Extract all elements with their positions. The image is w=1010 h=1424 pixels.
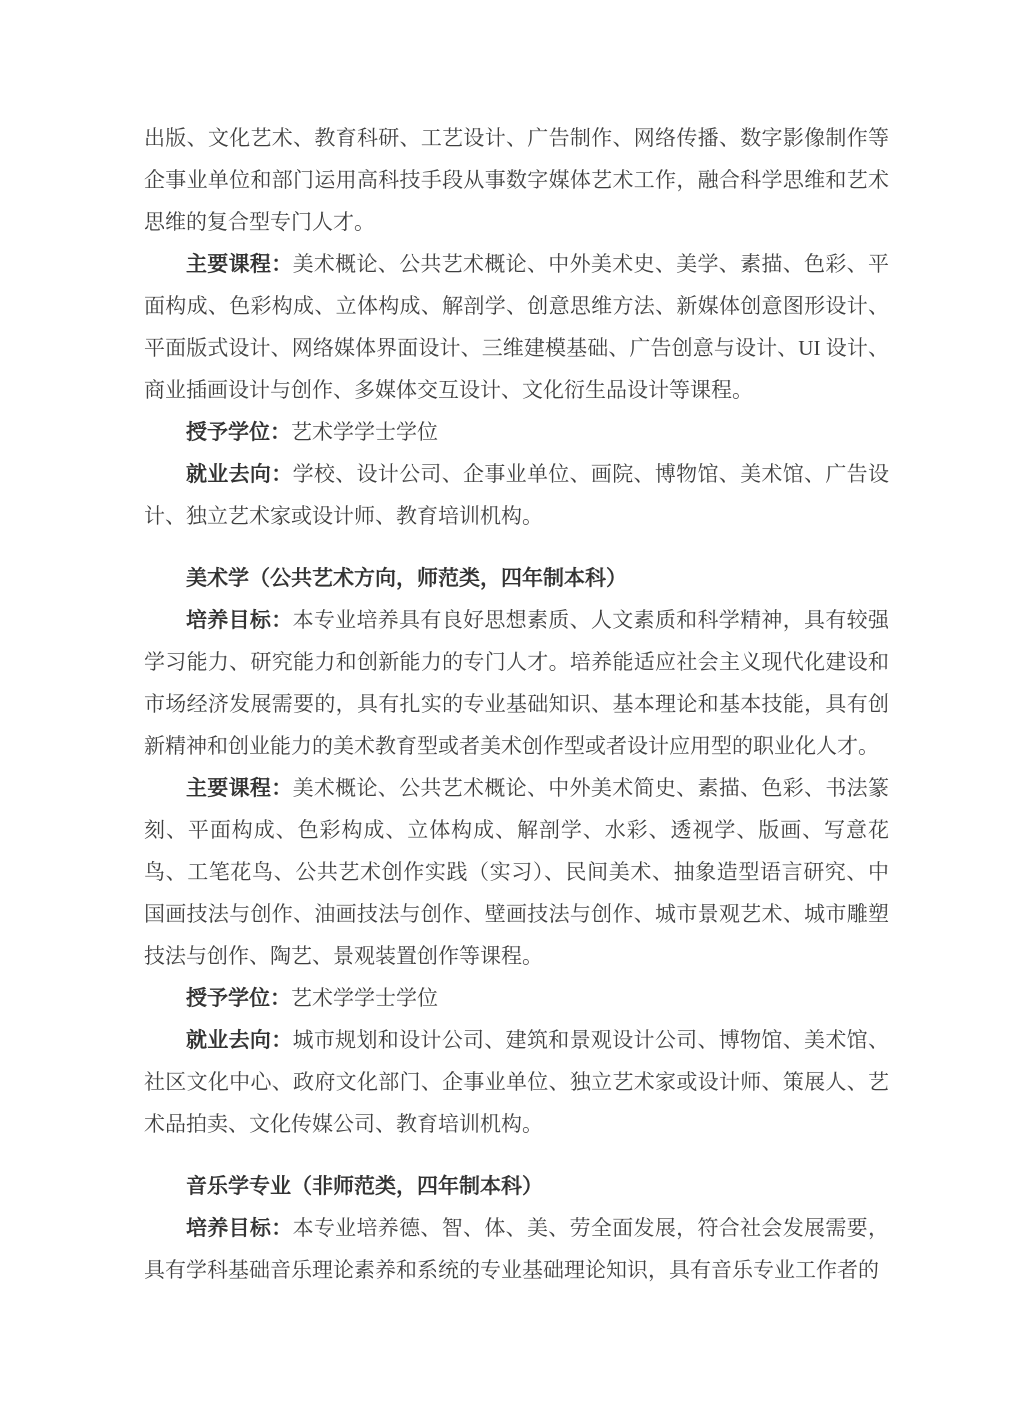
paragraph-label: 授予学位：	[186, 986, 291, 1010]
paragraph-degree: 授予学位：艺术学学士学位	[144, 411, 889, 453]
paragraph-text: 艺术学学士学位	[291, 986, 438, 1010]
paragraph-text: 美术概论、公共艺术概论、中外美术简史、素描、色彩、书法篆刻、平面构成、色彩构成、…	[144, 776, 889, 968]
paragraph-text: 艺术学学士学位	[291, 420, 438, 444]
section-heading-fine-arts: 美术学（公共艺术方向，师范类，四年制本科）	[144, 557, 889, 599]
paragraph-text: 出版、文化艺术、教育科研、工艺设计、广告制作、网络传播、数字影像制作等企事业单位…	[144, 126, 889, 234]
paragraph-continuation: 出版、文化艺术、教育科研、工艺设计、广告制作、网络传播、数字影像制作等企事业单位…	[144, 117, 889, 243]
paragraph-main-courses: 主要课程：美术概论、公共艺术概论、中外美术简史、素描、色彩、书法篆刻、平面构成、…	[144, 767, 889, 977]
paragraph-label: 主要课程：	[186, 252, 293, 276]
section-fine-arts: 美术学（公共艺术方向，师范类，四年制本科） 培养目标：本专业培养具有良好思想素质…	[144, 557, 889, 1145]
paragraph-training-objective: 培养目标：本专业培养德、智、体、美、劳全面发展，符合社会发展需要，具有学科基础音…	[144, 1207, 889, 1291]
paragraph-label: 就业去向：	[186, 1028, 293, 1052]
paragraph-training-objective: 培养目标：本专业培养具有良好思想素质、人文素质和科学精神，具有较强学习能力、研究…	[144, 599, 889, 767]
paragraph-label: 主要课程：	[186, 776, 293, 800]
paragraph-label: 培养目标：	[186, 1216, 293, 1240]
paragraph-label: 培养目标：	[186, 608, 293, 632]
section-heading-musicology: 音乐学专业（非师范类，四年制本科）	[144, 1165, 889, 1207]
paragraph-employment: 就业去向：学校、设计公司、企事业单位、画院、博物馆、美术馆、广告设计、独立艺术家…	[144, 453, 889, 537]
paragraph-main-courses: 主要课程：美术概论、公共艺术概论、中外美术史、美学、素描、色彩、平面构成、色彩构…	[144, 243, 889, 411]
document-content: 出版、文化艺术、教育科研、工艺设计、广告制作、网络传播、数字影像制作等企事业单位…	[144, 0, 889, 1291]
section-digital-media-art: 出版、文化艺术、教育科研、工艺设计、广告制作、网络传播、数字影像制作等企事业单位…	[144, 117, 889, 537]
document-page: 出版、文化艺术、教育科研、工艺设计、广告制作、网络传播、数字影像制作等企事业单位…	[0, 0, 1010, 1424]
paragraph-degree: 授予学位：艺术学学士学位	[144, 977, 889, 1019]
paragraph-employment: 就业去向：城市规划和设计公司、建筑和景观设计公司、博物馆、美术馆、社区文化中心、…	[144, 1019, 889, 1145]
paragraph-label: 授予学位：	[186, 420, 291, 444]
paragraph-label: 就业去向：	[186, 462, 293, 486]
section-musicology: 音乐学专业（非师范类，四年制本科） 培养目标：本专业培养德、智、体、美、劳全面发…	[144, 1165, 889, 1291]
